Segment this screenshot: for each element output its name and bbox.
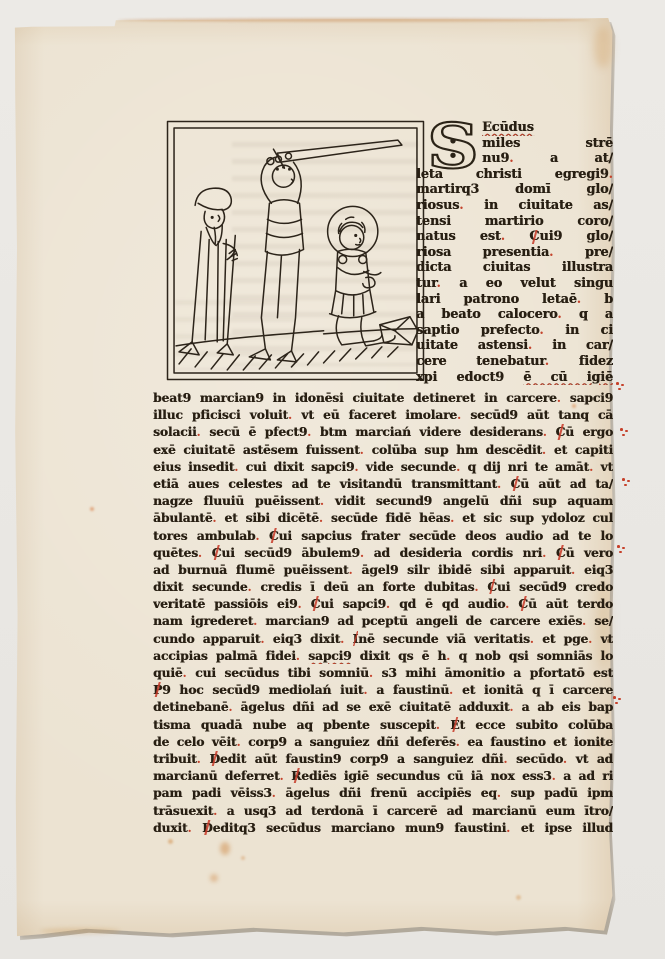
text-line: tisma quadā nube aq pbente suscepit. Et …: [153, 716, 613, 733]
text-line: nagze fluuiū puēissent. vidit secund9 an…: [153, 492, 613, 509]
text-line: natus est. Cui9 glo/: [416, 229, 613, 245]
text-line: exē ciuitatē astēsem fuissent. colūba su…: [153, 441, 613, 458]
text-line: eius insedit. cui dixit sapci9. vide sec…: [153, 458, 613, 475]
text-line: beat9 marcian9 in idonēsi ciuitate detin…: [153, 389, 613, 406]
text-line: Ecūdus: [416, 120, 613, 136]
rock: [380, 317, 418, 345]
foxing-spot: [90, 507, 94, 511]
text-line: illuc pficisci voluit. vt eū faceret imo…: [153, 406, 613, 423]
text-line: saptio prefecto. in ci: [416, 323, 613, 339]
text-line: dicta ciuitas illustra: [416, 260, 613, 276]
text-line: riosa presentia. pre/: [416, 245, 613, 261]
text-line: cere tenebatur. fidez: [416, 354, 613, 370]
foxing-spot: [210, 874, 218, 882]
text-line: quiē. cui secūdus tibi somniū. s3 mihi ā…: [153, 664, 613, 681]
text-line: detinebanē. āgelus dñi ad se exē ciuitat…: [153, 698, 613, 715]
scanned-page-photo: { "document": { "kind": "incunable leaf,…: [0, 0, 665, 959]
text-line: pam padi vēiss3. āgelus dñi frenū accipi…: [153, 784, 613, 801]
foxing-spot: [118, 18, 590, 22]
text-line: martirq3 domī glo/: [416, 182, 613, 198]
text-line: duxit. Deditq3 secūdus marciano mun9 fau…: [153, 819, 613, 836]
text-line: etiā aues celestes ad te visitandū trans…: [153, 475, 613, 492]
text-line: trāsuexit. a usq3 ad terdonā ī carcerē a…: [153, 802, 613, 819]
foxing-spot: [516, 895, 521, 900]
text-line: nu9. a at/: [416, 151, 613, 167]
kneeling-saint-figure: [328, 206, 395, 346]
text-line: veritatē passiōis ei9. Cui sapci9. qd ē …: [153, 595, 613, 612]
text-line: miles strē: [416, 136, 613, 152]
text-line: lari patrono letaē. b: [416, 292, 613, 308]
right-text-column: Ecūdusmiles strēnu9. a at/leta christi e…: [416, 120, 613, 385]
rubric-margin-mark: [613, 696, 622, 705]
text-line: uitate astensi. in car/: [416, 338, 613, 354]
text-line: P9 hoc secūd9 mediolań iuit. a faustinū.…: [153, 681, 613, 698]
text-line: riosus. in ciuitate as/: [416, 198, 613, 214]
text-line: tur. a eo velut singu: [416, 276, 613, 292]
text-line: solacii. secū ē pfect9. btm marciań vide…: [153, 423, 613, 440]
foxing-spot: [168, 839, 173, 844]
text-line: tores ambulab. Cui sapcius frater secūde…: [153, 527, 613, 544]
bearded-onlooker-figure: [179, 188, 237, 355]
foxing-spot: [220, 842, 230, 855]
rubric-margin-mark: [617, 545, 626, 554]
text-line: ābulantē. et sibi dicētē. secūde fidē hē…: [153, 509, 613, 526]
text-line: xpi edoct9 ē cū igiē: [416, 370, 613, 386]
text-line: ad burnuā flumē puēissent. āgel9 silr ib…: [153, 561, 613, 578]
foxing-spot: [40, 928, 120, 934]
text-line: cundo apparuit. eiq3 dixit. Inē secunde …: [153, 630, 613, 647]
woodcut-drawing: [165, 119, 426, 383]
rubric-margin-mark: [622, 478, 631, 487]
martyrdom-woodcut-illustration: [165, 119, 426, 383]
main-text-block: beat9 marcian9 in idonēsi ciuitate detin…: [153, 389, 613, 836]
text-line: tensi martirio coro/: [416, 214, 613, 230]
text-line: accipias palmā fidei. sapci9 dixit qs ē …: [153, 647, 613, 664]
rubric-margin-mark: [620, 428, 629, 437]
foxing-spot: [241, 856, 245, 860]
text-line: marcianū deferret. Rediēs igiē secundus …: [153, 767, 613, 784]
text-line: nam igrederet. marcian9 ad pceptū angeli…: [153, 612, 613, 629]
text-line: leta christi egregi9.: [416, 167, 613, 183]
text-line: quētes. Cui secūd9 ābulem9. ad desideria…: [153, 544, 613, 561]
executioner-figure: [249, 140, 402, 362]
foxing-spot: [594, 26, 612, 68]
text-line: dixit secunde. credis ī deū an forte dub…: [153, 578, 613, 595]
text-line: tribuit. Dedit aūt faustin9 corp9 a sang…: [153, 750, 613, 767]
rubric-margin-mark: [616, 382, 625, 391]
text-line: de celo vēit. corp9 a sanguiez dñi defer…: [153, 733, 613, 750]
text-line: a beato calocero. q a: [416, 307, 613, 323]
